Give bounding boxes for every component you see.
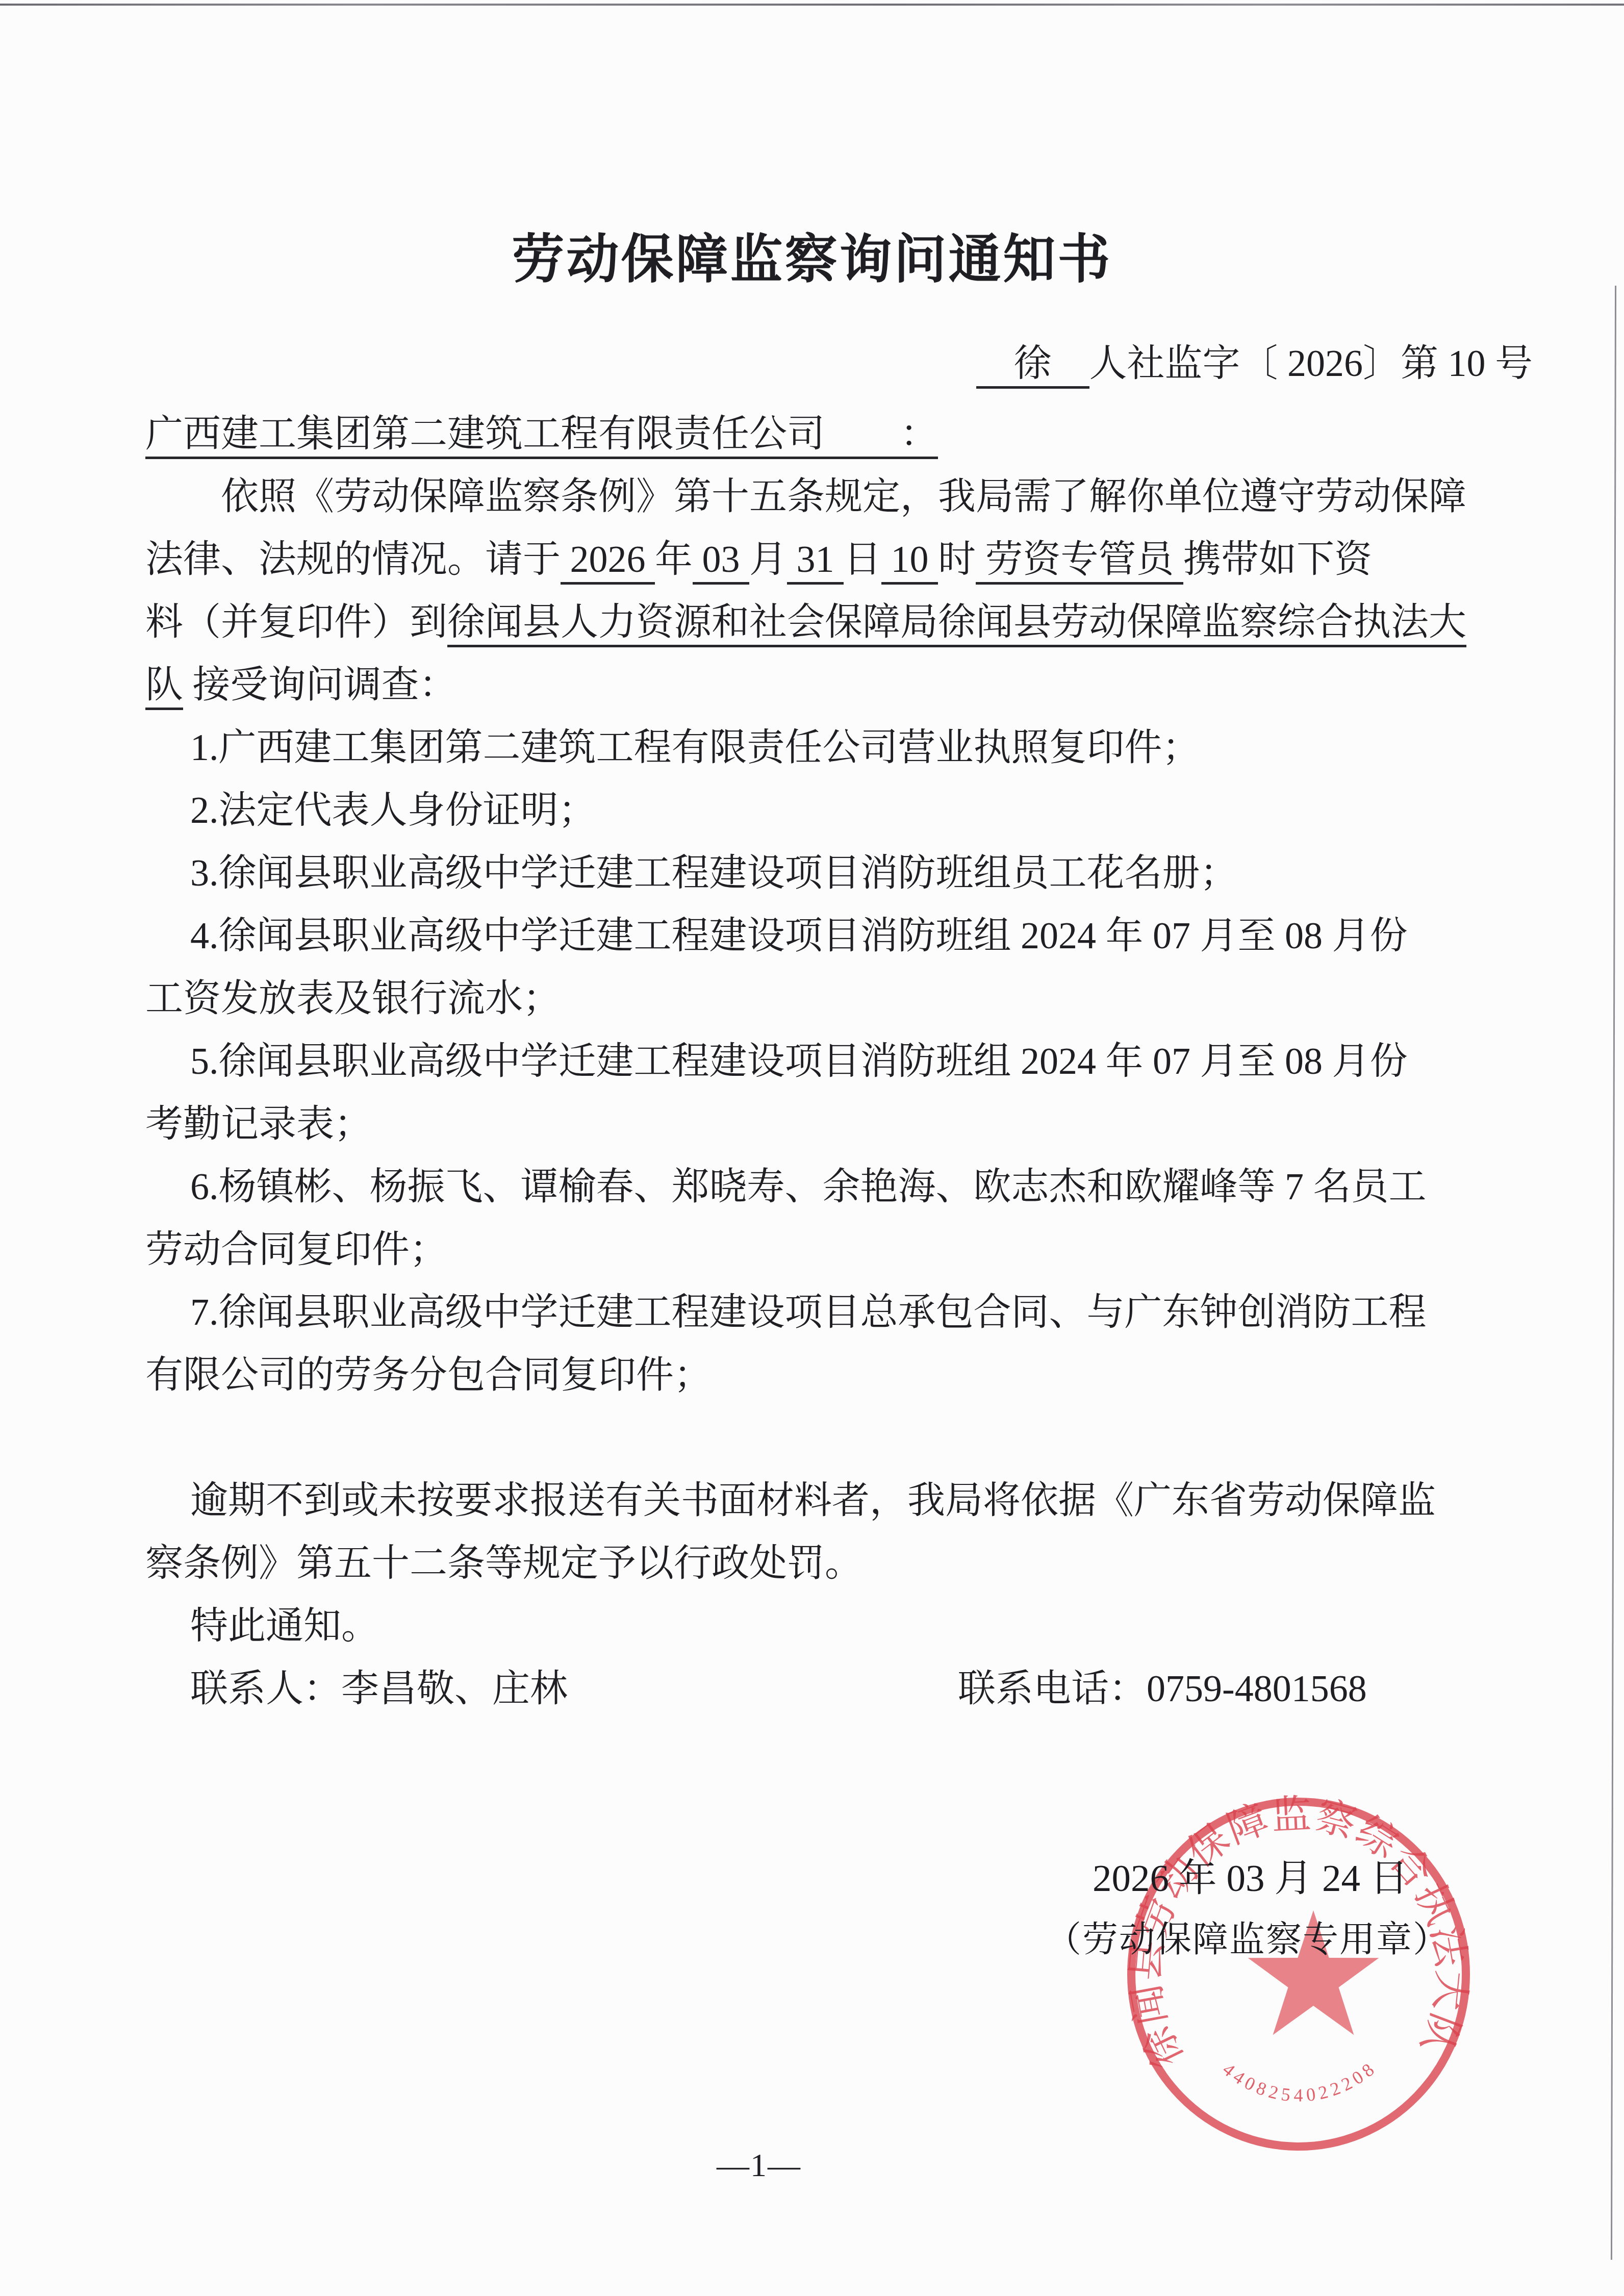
text-segment: 法律、法规的情况。请于 bbox=[145, 539, 561, 581]
document-number-text: 人社监字〔 2026〕第 10 号 bbox=[1089, 343, 1533, 385]
text-segment: 接受询问调查： bbox=[183, 664, 457, 706]
document-title: 劳动保障监察询问通知书 bbox=[0, 217, 1624, 293]
paragraph-line: 队 接受询问调查： bbox=[145, 654, 1487, 717]
text-segment: 日 bbox=[844, 539, 881, 581]
text-segment: 料（并复印件）到 bbox=[145, 601, 447, 643]
list-item-continuation: 劳动合同复印件； bbox=[145, 1219, 1487, 1281]
closing-line: 逾期不到或未按要求报送有关书面材料者，我局将依据《广东省劳动保障监 bbox=[145, 1470, 1487, 1532]
text-segment: 时 bbox=[938, 539, 976, 581]
addressee-name: 广西建工集团第二建筑工程有限责任公司 ： bbox=[145, 413, 938, 459]
blank-line bbox=[145, 1407, 1487, 1470]
seal-caption: （劳动保障监察专用章） bbox=[1046, 1911, 1450, 1962]
closing-line-continuation: 察条例》第五十二条等规定予以行政处罚。 bbox=[145, 1532, 1487, 1595]
notice-document-page: 劳动保障监察询问通知书 徐 人社监字〔 2026〕第 10 号 广西建工集团第二… bbox=[0, 0, 1624, 2296]
text-segment: 携带如下资 bbox=[1183, 539, 1372, 581]
text-segment: 月 bbox=[749, 539, 787, 581]
filled-blank-location: 徐闻县人力资源和社会保障局徐闻县劳动保障监察综合执法大 bbox=[447, 601, 1466, 647]
paragraph-line: 料（并复印件）到徐闻县人力资源和社会保障局徐闻县劳动保障监察综合执法大 bbox=[145, 591, 1487, 654]
filled-blank-day: 31 bbox=[787, 539, 844, 585]
list-item-continuation: 有限公司的劳务分包合同复印件； bbox=[145, 1344, 1487, 1407]
list-item: 6.杨镇彬、杨振飞、谭榆春、郑晓寿、余艳海、欧志杰和欧耀峰等 7 名员工 bbox=[145, 1156, 1487, 1219]
list-item: 4.徐闻县职业高级中学迁建工程建设项目消防班组 2024 年 07 月至 08 … bbox=[145, 905, 1487, 968]
contact-person: 联系人：李昌敬、庄林 bbox=[190, 1668, 568, 1710]
addressee-line: 广西建工集团第二建筑工程有限责任公司 ： bbox=[145, 403, 1487, 466]
notice-line: 特此通知。 bbox=[145, 1595, 1487, 1658]
filled-blank-location-cont: 队 bbox=[145, 664, 183, 710]
svg-text:4408254022208: 4408254022208 bbox=[1219, 2059, 1378, 2105]
page-number: —1— bbox=[703, 2147, 815, 2184]
paragraph-line: 依照《劳动保障监察条例》第十五条规定，我局需了解你单位遵守劳动保障 bbox=[145, 466, 1487, 528]
seal-serial-number: 4408254022208 bbox=[1219, 2059, 1378, 2105]
list-item-continuation: 工资发放表及银行流水； bbox=[145, 968, 1487, 1030]
list-item: 1.广西建工集团第二建筑工程有限责任公司营业执照复印件； bbox=[145, 717, 1487, 779]
paragraph-line: 法律、法规的情况。请于 2026 年 03 月 31 日 10 时 劳资专管员 … bbox=[145, 528, 1487, 591]
contact-phone: 联系电话：0759-4801568 bbox=[913, 1658, 1367, 1721]
scan-edge-right bbox=[1611, 286, 1616, 2260]
official-red-seal: 徐闻县劳动保障监察综合执法大队 4408254022208 bbox=[1069, 1734, 1528, 2214]
document-number-prefix-blank: 徐 bbox=[976, 343, 1089, 389]
issue-date: 2026 年 03 月 24 日 bbox=[1093, 1848, 1408, 1902]
list-item: 3.徐闻县职业高级中学迁建工程建设项目消防班组员工花名册； bbox=[145, 842, 1487, 905]
document-body: 广西建工集团第二建筑工程有限责任公司 ： 依照《劳动保障监察条例》第十五条规定，… bbox=[145, 403, 1487, 1721]
filled-blank-month: 03 bbox=[693, 539, 749, 585]
filled-blank-hour: 10 bbox=[881, 539, 938, 585]
scan-edge-top bbox=[0, 4, 1624, 6]
document-number: 徐 人社监字〔 2026〕第 10 号 bbox=[0, 337, 1533, 391]
list-item: 2.法定代表人身份证明； bbox=[145, 779, 1487, 842]
contact-line: 联系人：李昌敬、庄林联系电话：0759-4801568 bbox=[145, 1658, 1487, 1721]
list-item-continuation: 考勤记录表； bbox=[145, 1093, 1487, 1156]
filled-blank-year: 2026 bbox=[561, 539, 655, 585]
filled-blank-person: 劳资专管员 bbox=[976, 539, 1183, 585]
text-segment: 年 bbox=[655, 539, 693, 581]
list-item: 5.徐闻县职业高级中学迁建工程建设项目消防班组 2024 年 07 月至 08 … bbox=[145, 1030, 1487, 1093]
list-item: 7.徐闻县职业高级中学迁建工程建设项目总承包合同、与广东钟创消防工程 bbox=[145, 1281, 1487, 1344]
